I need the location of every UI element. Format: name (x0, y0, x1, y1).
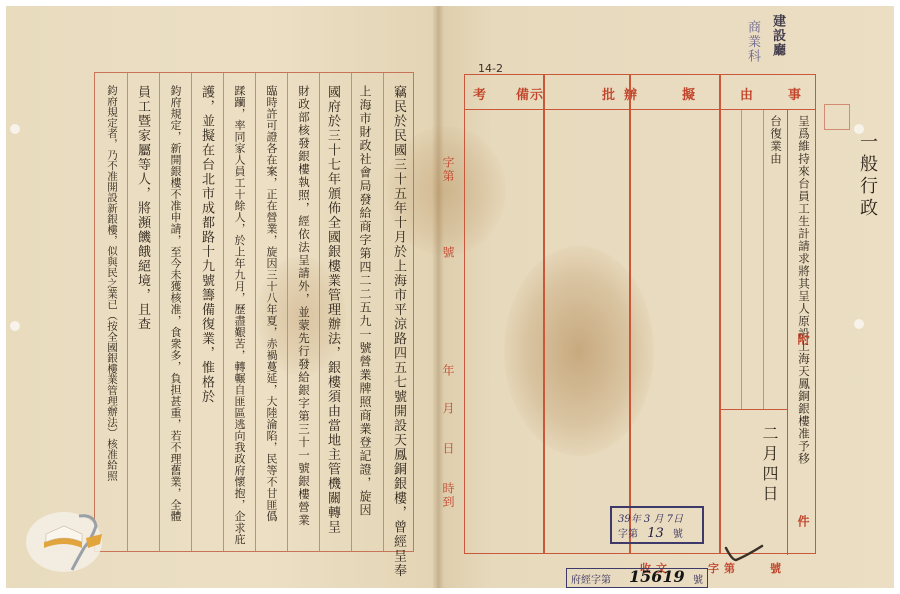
letter-column-4: 財政部核發銀樓執照，經依法呈請外，並蒙先行發給銀字第三十一號銀樓營業 (298, 85, 310, 527)
header-shi: 事 (788, 84, 801, 103)
subject-text: 呈爲維持來台員工生計請求將其呈人原設上海天鳳銅銀樓准予移 (798, 115, 810, 465)
attachment-label-bottom: 件 (797, 515, 809, 529)
received-date: 39年 3 月 7日 (618, 510, 683, 525)
header-shi2: 示 (530, 84, 543, 103)
form-rule (543, 75, 545, 553)
label-ri: 日 (442, 442, 454, 456)
header-you: 由 (740, 84, 753, 103)
archive-stamp-suffix: 號 (693, 571, 703, 586)
subject-text-2: 台復業由 (770, 115, 782, 165)
letter-column-8: 鈞府規定，新開銀樓不准申請，至今未獲核准，食衆多，負担甚重，若不理舊業，全體 (170, 85, 181, 522)
column-rule (319, 73, 320, 551)
letter-column-6: 蹂躪，率同家人員工十餘人，於上年九月，歷盡艱苦，轉輾自匪區逃向我政府懷抱，企求庇 (234, 85, 245, 545)
section-stamp-text: 商業科 (746, 20, 759, 64)
header-ni: 擬 (682, 84, 695, 103)
column-rule (223, 73, 224, 551)
department-stamp-text: 建設廳 (771, 14, 784, 58)
binding-hole (10, 124, 20, 134)
archive-number-stamp: 府經字第 15619 號 (566, 568, 708, 588)
column-rule (351, 73, 352, 551)
received-number: 13 (647, 526, 664, 541)
column-rule (383, 73, 384, 551)
form-rule (763, 109, 764, 409)
letter-column-10: 鈞府規定者，乃不准開設新銀樓，似與民之業已（按全國銀樓業管理辦法）核准給照 (107, 85, 118, 481)
header-bei: 備 (516, 84, 529, 103)
column-rule (127, 73, 128, 551)
form-rule (719, 75, 721, 553)
archive-stamp-prefix: 府經字第 (571, 571, 611, 586)
letter-column-3: 國府於三十七年頒佈全國銀樓業管理辦法，銀樓須由當地主管機關轉呈 (326, 85, 339, 535)
form-header-row: 事 由 擬 辦 批 示 備 考 (465, 75, 815, 110)
archive-stamp-number: 15619 (629, 567, 685, 586)
label-shi-dao: 時到 (442, 482, 454, 509)
margin-note: 一般行政 (858, 132, 876, 220)
letter-column-7: 護，並擬在台北市成都路十九號籌備復業，惟格於 (200, 85, 213, 404)
letter-column-9: 員工暨家屬等人，將瀕饑餓絕境，且查 (136, 85, 149, 332)
document-sheet: 竊民於民國三十五年十月於上海市平涼路四五七號開設天鳳銅銀樓，曾經呈奉 上海市財政… (6, 6, 894, 588)
column-rule (255, 73, 256, 551)
label-hao: 號 (442, 246, 454, 260)
archive-logo (24, 504, 116, 574)
footer-hao: 號 (770, 560, 781, 576)
letter-column-2: 上海市財政社會局發給商字第四二二五九一號營業牌照商業登記證，旋因 (359, 85, 371, 517)
label-yue: 月 (442, 402, 454, 416)
received-suffix: 號 (673, 529, 683, 540)
received-prefix: 字第 (618, 529, 638, 540)
column-rule (159, 73, 160, 551)
department-stamp: 建設廳 商業科 (750, 10, 786, 70)
received-number-row: 字第 13 號 (618, 525, 683, 541)
binding-hole (854, 319, 864, 329)
red-seal (824, 104, 850, 130)
official-routing-form: 事 由 擬 辦 批 示 備 考 呈爲維持來台員工生計請求將其呈人原設上海天鳳銅銀… (464, 74, 816, 554)
binding-hole (10, 321, 20, 331)
attachment-note: 二月四日 (761, 425, 777, 505)
attachment-label: 附 (797, 333, 809, 347)
check-mark-icon (724, 542, 764, 566)
label-nian: 年 (442, 364, 454, 378)
form-rule (719, 409, 787, 410)
form-rule (741, 109, 742, 409)
letter-column-5: 臨時許可證各在案，正在營業，旋因三十八年夏，赤禍蔓延，大陸淪陷，民等不甘匪僞 (266, 85, 277, 522)
label-zi-di: 字第 (442, 156, 454, 183)
petition-letter: 竊民於民國三十五年十月於上海市平涼路四五七號開設天鳳銅銀樓，曾經呈奉 上海市財政… (94, 72, 414, 552)
form-rule (629, 75, 631, 553)
column-rule (191, 73, 192, 551)
received-date-stamp: 39年 3 月 7日 字第 13 號 (610, 506, 704, 544)
header-pi: 批 (602, 84, 615, 103)
form-rule (787, 109, 788, 555)
header-kao: 考 (473, 84, 486, 103)
letter-column-1: 竊民於民國三十五年十月於上海市平涼路四五七號開設天鳳銅銀樓，曾經呈奉 (392, 85, 405, 578)
column-rule (287, 73, 288, 551)
